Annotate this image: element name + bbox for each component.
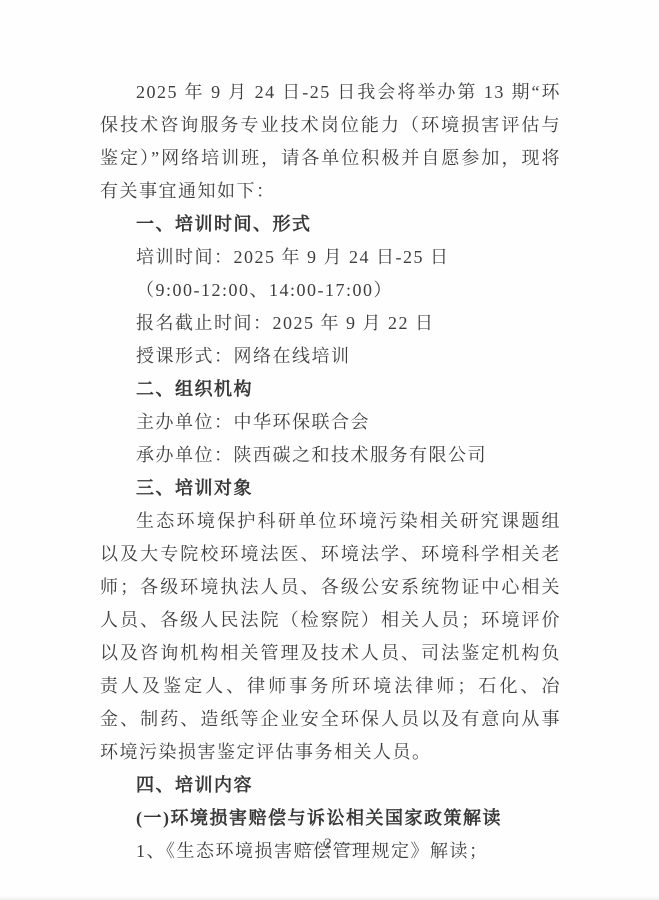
training-audience-paragraph: 生态环境保护科研单位环境污染相关研究课题组以及大专院校环境法医、环境法学、环境科…: [100, 505, 561, 769]
host-organizer-line: 主办单位：中华环保联合会: [100, 406, 561, 439]
co-organizer-line: 承办单位：陕西碳之和技术服务有限公司: [100, 439, 561, 472]
document-page: 2025 年 9 月 24 日-25 日我会将举办第 13 期“环保技术咨询服务…: [0, 0, 659, 900]
section-3-heading: 三、培训对象: [100, 472, 561, 505]
scan-edge-shadow: [0, 896, 659, 900]
page-number: — 2 —: [0, 836, 659, 853]
training-time-line: 培训时间：2025 年 9 月 24 日-25 日: [100, 241, 561, 274]
subsection-1-heading: (一)环境损害赔偿与诉讼相关国家政策解读: [100, 802, 561, 835]
registration-deadline-line: 报名截止时间：2025 年 9 月 22 日: [100, 307, 561, 340]
section-4-heading: 四、培训内容: [100, 769, 561, 802]
intro-paragraph: 2025 年 9 月 24 日-25 日我会将举办第 13 期“环保技术咨询服务…: [100, 76, 561, 208]
document-body: 2025 年 9 月 24 日-25 日我会将举办第 13 期“环保技术咨询服务…: [100, 76, 561, 868]
section-1-heading: 一、培训时间、形式: [100, 208, 561, 241]
training-hours-line: （9:00-12:00、14:00-17:00）: [100, 274, 561, 307]
section-2-heading: 二、组织机构: [100, 373, 561, 406]
teaching-format-line: 授课形式：网络在线培训: [100, 340, 561, 373]
